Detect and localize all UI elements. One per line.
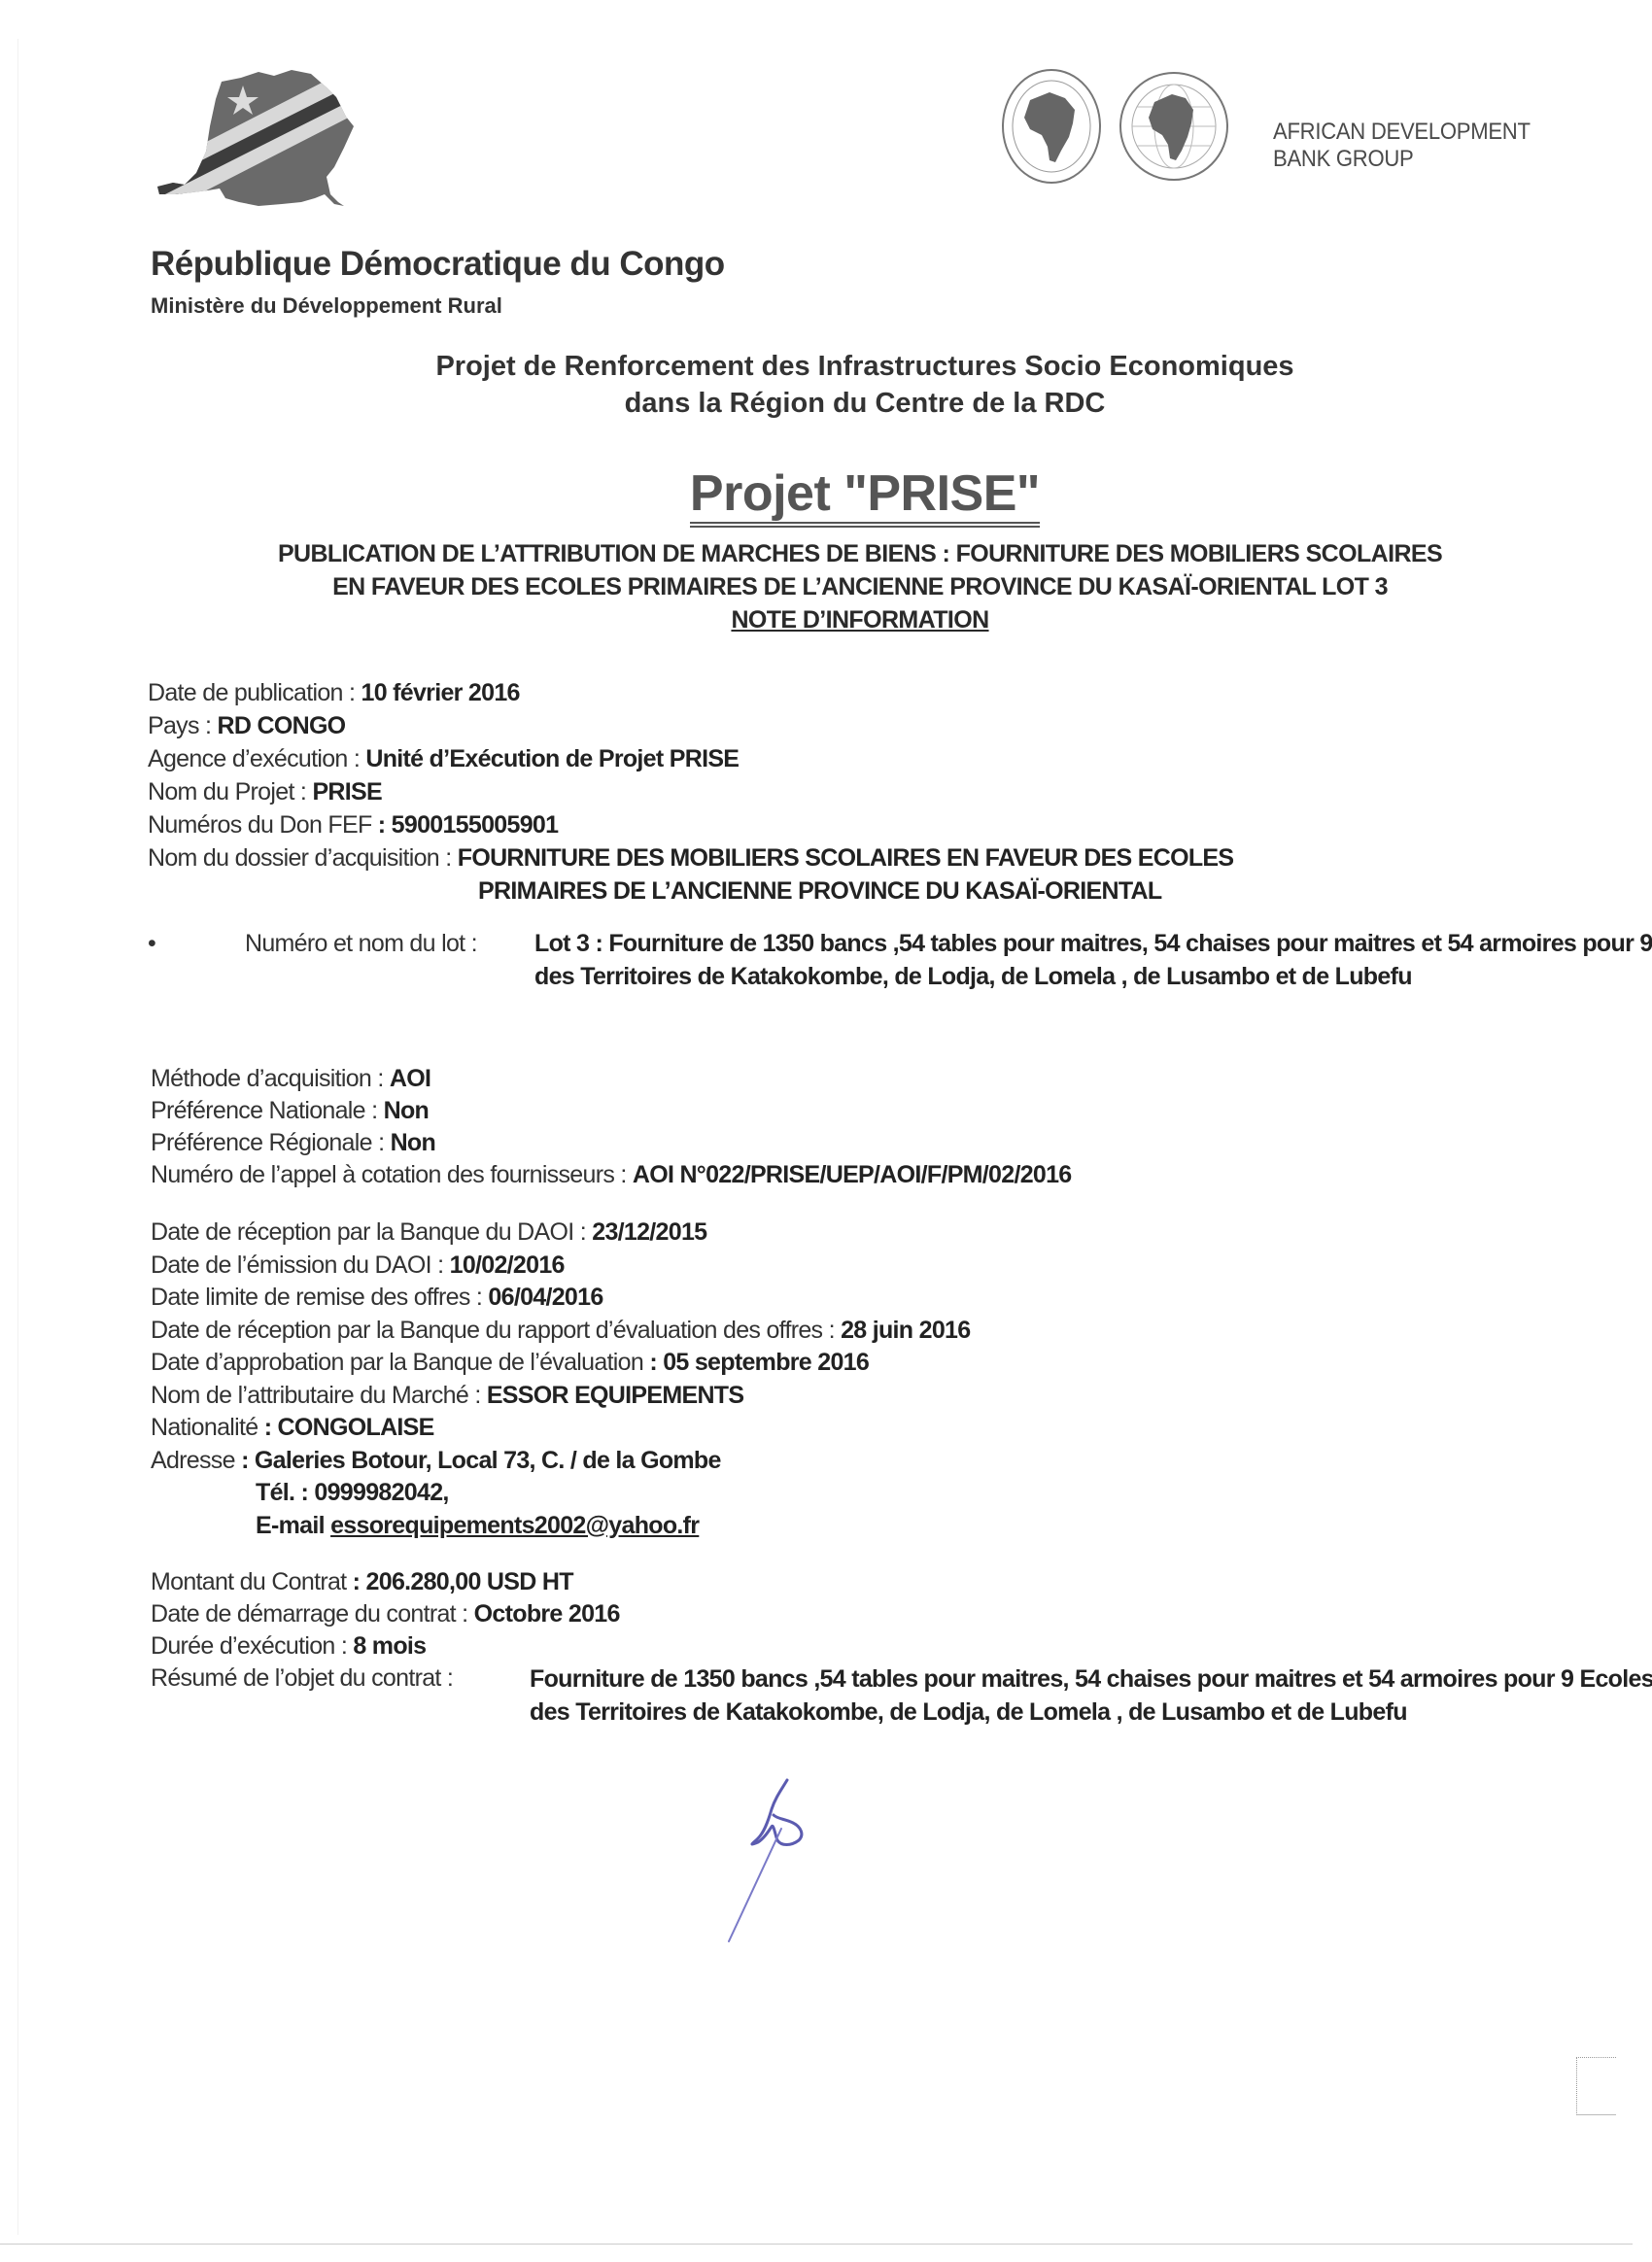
bullet-icon: •	[148, 927, 155, 960]
project-short-name: Projet "PRISE"	[0, 464, 1652, 523]
field-label: Adresse	[151, 1447, 241, 1474]
page-bottom-edge	[0, 2244, 1633, 2245]
field-duration: Durée d’exécution : 8 mois	[151, 1630, 620, 1662]
field-acquisition-file: Nom du dossier d’acquisition : FOURNITUR…	[148, 841, 1233, 874]
field-value: Octobre 2016	[474, 1600, 620, 1628]
country-title: République Démocratique du Congo	[151, 245, 725, 284]
lot-value: Lot 3 : Fourniture de 1350 bancs ,54 tab…	[534, 927, 1652, 993]
lot-label: Numéro et nom du lot :	[245, 927, 477, 960]
drc-flag-map-icon	[146, 58, 369, 214]
field-value: FOURNITURE DES MOBILIERS SCOLAIRES EN FA…	[458, 844, 1234, 872]
field-agency: Agence d’exécution : Unité d’Exécution d…	[148, 742, 1233, 775]
field-tender-number: Numéro de l’appel à cotation des fournis…	[151, 1159, 1072, 1191]
field-method: Méthode d’acquisition : AOI	[151, 1063, 1072, 1095]
scan-corner-mark	[1576, 2057, 1616, 2115]
field-address: Adresse : Galeries Botour, Local 73, C. …	[151, 1445, 970, 1478]
field-country: Pays : RD CONGO	[148, 709, 1233, 742]
field-value: : CONGOLAISE	[264, 1414, 434, 1441]
field-value: 06/04/2016	[488, 1284, 602, 1311]
field-eval-report: Date de réception par la Banque du rappo…	[151, 1315, 970, 1348]
field-value: 28 juin 2016	[841, 1317, 970, 1344]
afdb-name-line1: AFRICAN DEVELOPMENT	[1273, 119, 1531, 146]
field-email: E-mail essorequipements2002@yahoo.fr	[151, 1510, 970, 1543]
field-value: : Galeries Botour, Local 73, C. / de la …	[241, 1447, 721, 1474]
field-value: 10 février 2016	[361, 679, 519, 706]
field-offer-deadline: Date limite de remise des offres : 06/04…	[151, 1282, 970, 1315]
publication-title: PUBLICATION DE L’ATTRIBUTION DE MARCHES …	[146, 537, 1574, 636]
field-value: AOI	[390, 1065, 430, 1092]
field-label: Agence d’exécution :	[148, 745, 365, 772]
field-value: Non	[391, 1129, 436, 1156]
publication-title-line1: PUBLICATION DE L’ATTRIBUTION DE MARCHES …	[146, 537, 1574, 570]
field-label: Numéros du Don FEF	[148, 811, 378, 839]
field-value: 23/12/2015	[592, 1218, 706, 1246]
field-label: Nationalité	[151, 1414, 264, 1441]
ministry-name: Ministère du Développement Rural	[151, 293, 502, 319]
field-eval-approval: Date d’approbation par la Banque de l’év…	[151, 1347, 970, 1380]
field-value: : 206.280,00 USD HT	[353, 1568, 573, 1595]
afdb-bank-seal-icon	[1003, 70, 1100, 183]
contract-summary-value: Fourniture de 1350 bancs ,54 tables pour…	[530, 1662, 1652, 1729]
field-contract-start: Date de démarrage du contrat : Octobre 2…	[151, 1598, 620, 1630]
email-label: E-mail	[256, 1512, 330, 1539]
field-grant-number: Numéros du Don FEF : 5900155005901	[148, 808, 1233, 841]
project-title-line2: dans la Région du Centre de la RDC	[0, 385, 1652, 422]
field-contract-amount: Montant du Contrat : 206.280,00 USD HT	[151, 1566, 620, 1598]
field-label: Date de réception par la Banque du DAOI …	[151, 1218, 592, 1246]
afdb-name: AFRICAN DEVELOPMENT BANK GROUP	[1273, 119, 1531, 173]
field-awardee: Nom de l’attributaire du Marché : ESSOR …	[151, 1380, 970, 1413]
prise-heading: Projet "PRISE"	[690, 465, 1040, 528]
field-value: : 5900155005901	[378, 811, 559, 839]
afdb-logos	[991, 53, 1254, 199]
field-label: Montant du Contrat	[151, 1568, 353, 1595]
field-label: Durée d’exécution :	[151, 1632, 353, 1660]
field-label: Date de réception par la Banque du rappo…	[151, 1317, 841, 1344]
project-title: Projet de Renforcement des Infrastructur…	[0, 348, 1652, 422]
field-label: Date limite de remise des offres :	[151, 1284, 488, 1311]
field-value: PRIMAIRES DE L’ANCIENNE PROVINCE DU KASA…	[478, 877, 1161, 905]
field-label: Pays :	[148, 712, 218, 739]
project-title-line1: Projet de Renforcement des Infrastructur…	[0, 348, 1652, 385]
field-national-pref: Préférence Nationale : Non	[151, 1095, 1072, 1127]
field-value: Non	[384, 1097, 430, 1124]
field-daoi-issue: Date de l’émission du DAOI : 10/02/2016	[151, 1250, 970, 1283]
afdb-name-line2: BANK GROUP	[1273, 146, 1531, 173]
field-label: Méthode d’acquisition :	[151, 1065, 390, 1092]
field-daoi-reception: Date de réception par la Banque du DAOI …	[151, 1217, 970, 1250]
field-label: Nom du dossier d’acquisition :	[148, 844, 458, 872]
field-label: Préférence Nationale :	[151, 1097, 384, 1124]
field-label: Numéro de l’appel à cotation des fournis…	[151, 1161, 633, 1188]
field-label: Date d’approbation par la Banque de l’év…	[151, 1349, 649, 1376]
contract-info: Montant du Contrat : 206.280,00 USD HT D…	[151, 1566, 620, 1695]
email-link[interactable]: essorequipements2002@yahoo.fr	[330, 1512, 699, 1539]
field-value: RD CONGO	[218, 712, 346, 739]
field-value: PRISE	[312, 778, 382, 805]
publication-title-line2: EN FAVEUR DES ECOLES PRIMAIRES DE L’ANCI…	[146, 570, 1574, 603]
field-label: Nom du Projet :	[148, 778, 312, 805]
field-publication-date: Date de publication : 10 février 2016	[148, 676, 1233, 709]
field-value: Unité d’Exécution de Projet PRISE	[365, 745, 739, 772]
field-value: 10/02/2016	[450, 1251, 565, 1279]
field-acquisition-file-cont: PRIMAIRES DE L’ANCIENNE PROVINCE DU KASA…	[148, 874, 1233, 908]
field-label: Date de l’émission du DAOI :	[151, 1251, 450, 1279]
field-label: Nom de l’attributaire du Marché :	[151, 1382, 487, 1409]
field-value: AOI N°022/PRISE/UEP/AOI/F/PM/02/2016	[633, 1161, 1072, 1188]
acquisition-info: Méthode d’acquisition : AOI Préférence N…	[151, 1063, 1072, 1191]
field-label: Résumé de l’objet du contrat :	[151, 1664, 453, 1692]
field-nationality: Nationalité : CONGOLAISE	[151, 1412, 970, 1445]
afdb-fund-globe-seal-icon	[1120, 73, 1227, 180]
field-project-name: Nom du Projet : PRISE	[148, 775, 1233, 808]
field-label: Préférence Régionale :	[151, 1129, 391, 1156]
dates-info: Date de réception par la Banque du DAOI …	[151, 1217, 970, 1542]
field-tel: Tél. : 0999982042,	[151, 1477, 970, 1510]
handwritten-signature-icon	[700, 1768, 845, 1963]
field-regional-pref: Préférence Régionale : Non	[151, 1127, 1072, 1159]
field-label: Date de publication :	[148, 679, 361, 706]
field-label: Date de démarrage du contrat :	[151, 1600, 474, 1628]
note-heading: NOTE D’INFORMATION	[146, 603, 1574, 636]
field-value: ESSOR EQUIPEMENTS	[487, 1382, 744, 1409]
field-value: : 05 septembre 2016	[649, 1349, 869, 1376]
field-value: 8 mois	[353, 1632, 426, 1660]
general-info: Date de publication : 10 février 2016 Pa…	[148, 676, 1233, 908]
